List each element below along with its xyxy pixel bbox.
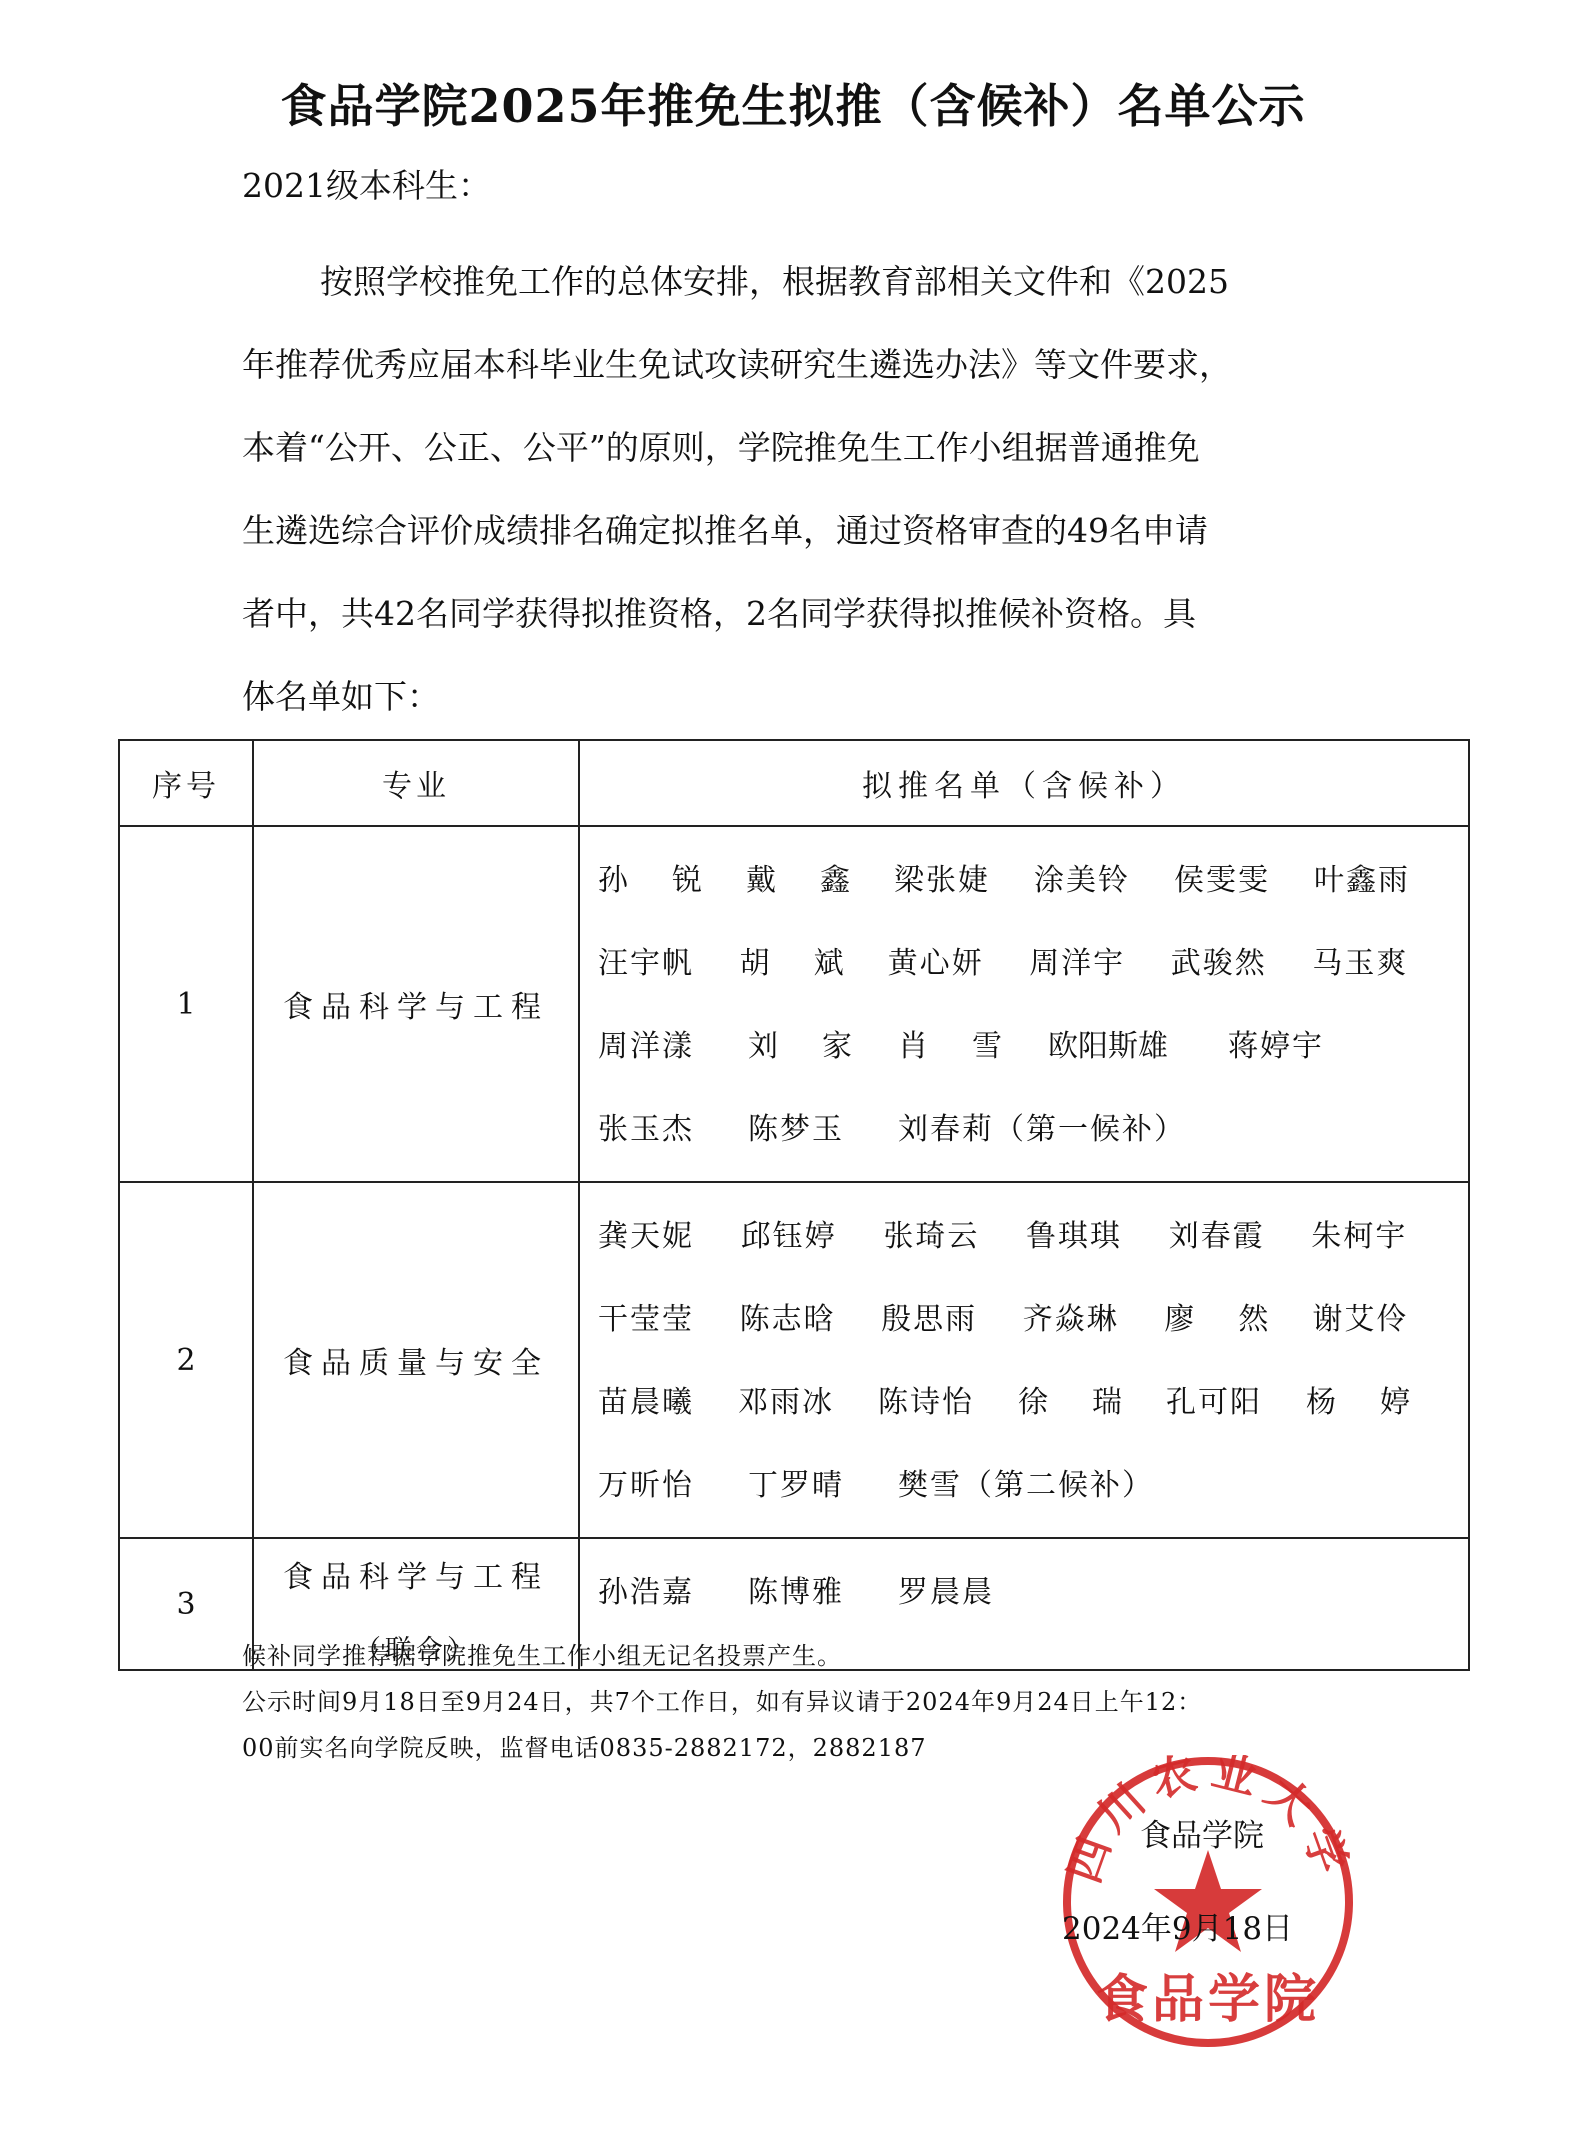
student-name: 谢艾伶 [1312,1294,1454,1338]
student-name: 张琦云 [883,1211,1026,1255]
student-name: 刘家 [748,1021,898,1065]
student-name: 朱柯宇 [1311,1211,1454,1255]
student-name: 侯雯雯 [1174,855,1314,899]
table-header-row: 序号 专业 拟推名单（含候补） [119,740,1469,826]
student-name: 孙浩嘉 [598,1567,748,1611]
paragraph-line: 年推荐优秀应届本科毕业生免试攻读研究生遴选办法》等文件要求， [242,323,1382,406]
student-name: 戴鑫 [746,855,894,899]
row-number: 2 [119,1182,253,1538]
recommendation-table: 序号 专业 拟推名单（含候补） 1 食品科学与工程 孙锐戴鑫梁张婕涂美铃侯雯雯叶… [118,739,1470,1671]
student-name: 周洋漾 [598,1021,748,1065]
student-name: 胡斌 [740,938,888,982]
student-name: 周洋宇 [1029,938,1171,982]
student-name: 马玉爽 [1312,938,1454,982]
paragraph-line: 按照学校推免工作的总体安排，根据教育部相关文件和《2025 [242,240,1382,323]
name-line: 苗晨曦邓雨冰陈诗怡徐瑞孔可阳杨婷 [598,1357,1454,1440]
header-names: 拟推名单（含候补） [579,740,1469,826]
student-name: 徐瑞 [1018,1377,1166,1421]
student-name: 苗晨曦 [598,1377,738,1421]
student-name: 邓雨冰 [738,1377,878,1421]
student-name: 孔可阳 [1166,1377,1306,1421]
student-name: 罗晨晨 [898,1567,1048,1611]
student-name: 干莹莹 [598,1294,740,1338]
student-name: 武骏然 [1171,938,1313,982]
name-line: 孙锐戴鑫梁张婕涂美铃侯雯雯叶鑫雨 [598,835,1454,918]
header-no: 序号 [119,740,253,826]
row-number: 3 [119,1538,253,1670]
footnote-period: 公示时间9月18日至9月24日，共7个工作日，如有异议请于2024年9月24日上… [242,1682,1202,1717]
table-row: 2 食品质量与安全 龚天妮邱钰婷张琦云鲁琪琪刘春霞朱柯宇干莹莹陈志晗殷思雨齐焱琳… [119,1182,1469,1538]
student-name: 叶鑫雨 [1314,855,1454,899]
footnote-alternates: 候补同学推荐据学院推免生工作小组无记名投票产生。 [242,1636,842,1671]
student-name: 陈诗怡 [878,1377,1018,1421]
student-name: 刘春霞 [1169,1211,1312,1255]
row-number: 1 [119,826,253,1182]
name-line: 干莹莹陈志晗殷思雨齐焱琳廖然谢艾伶 [598,1274,1454,1357]
student-name: 陈志晗 [740,1294,882,1338]
student-name: 杨婷 [1306,1377,1454,1421]
svg-text:食品学院: 食品学院 [1096,1970,1320,2030]
row-major: 食品质量与安全 [253,1182,579,1538]
student-name: 陈博雅 [748,1567,898,1611]
row-names: 龚天妮邱钰婷张琦云鲁琪琪刘春霞朱柯宇干莹莹陈志晗殷思雨齐焱琳廖然谢艾伶苗晨曦邓雨… [579,1182,1469,1538]
student-name: 廖然 [1164,1294,1312,1338]
signature-org: 食品学院 [1140,1810,1264,1855]
page-title: 食品学院2025年推免生拟推（含候补）名单公示 [0,70,1586,136]
paragraph-line: 本着“公开、公正、公平”的原则，学院推免生工作小组据普通推免 [242,406,1382,489]
salutation: 2021级本科生： [242,160,491,207]
name-line: 周洋漾刘家肖雪欧阳斯雄蒋婷宇 [598,1001,1454,1084]
name-line: 张玉杰陈梦玉刘春莉（第一候补） [598,1084,1454,1167]
student-name: 鲁琪琪 [1026,1211,1169,1255]
intro-paragraph: 按照学校推免工作的总体安排，根据教育部相关文件和《2025 年推荐优秀应届本科毕… [242,240,1382,738]
student-name: 孙锐 [598,855,746,899]
major-name: 食品质量与安全 [283,1346,549,1381]
student-name: 张玉杰 [598,1104,748,1148]
student-name: 龚天妮 [598,1211,741,1255]
official-seal: 四川农业大学 食品学院 [1058,1755,1358,2049]
name-line: 汪宇帆胡斌黄心妍周洋宇武骏然马玉爽 [598,918,1454,1001]
footnote-contact: 00前实名向学院反映，监督电话0835-2882172，2882187 [242,1728,927,1763]
name-line: 龚天妮邱钰婷张琦云鲁琪琪刘春霞朱柯宇 [598,1191,1454,1274]
signature-date: 2024年9月18日 [1062,1903,1293,1948]
student-name: 殷思雨 [881,1294,1023,1338]
seal-stamp-icon: 四川农业大学 食品学院 [1058,1755,1358,2049]
student-name: 欧阳斯雄 [1048,1021,1228,1065]
student-name: 梁张婕 [894,855,1034,899]
student-name: 肖雪 [898,1021,1048,1065]
paragraph-line: 者中，共42名同学获得拟推资格，2名同学获得拟推候补资格。具 [242,572,1382,655]
student-name: 黄心妍 [888,938,1030,982]
row-names: 孙锐戴鑫梁张婕涂美铃侯雯雯叶鑫雨汪宇帆胡斌黄心妍周洋宇武骏然马玉爽周洋漾刘家肖雪… [579,826,1469,1182]
major-name: 食品科学与工程 [283,990,549,1025]
major-name: 食品科学与工程 [283,1560,549,1595]
student-name: 涂美铃 [1034,855,1174,899]
student-name: 万昕怡 [598,1460,748,1504]
table-row: 1 食品科学与工程 孙锐戴鑫梁张婕涂美铃侯雯雯叶鑫雨汪宇帆胡斌黄心妍周洋宇武骏然… [119,826,1469,1182]
student-name: 汪宇帆 [598,938,740,982]
row-major: 食品科学与工程 [253,826,579,1182]
name-line: 万昕怡丁罗晴樊雪（第二候补） [598,1440,1454,1523]
name-line: 孙浩嘉陈博雅罗晨晨 [598,1547,1454,1630]
student-name: 丁罗晴 [748,1460,898,1504]
student-name: 邱钰婷 [741,1211,884,1255]
student-name: 刘春莉（第一候补） [898,1104,1186,1148]
paragraph-line: 生遴选综合评价成绩排名确定拟推名单，通过资格审查的49名申请 [242,489,1382,572]
header-major: 专业 [253,740,579,826]
student-name: 樊雪（第二候补） [898,1460,1154,1504]
student-name: 蒋婷宇 [1228,1021,1378,1065]
student-name: 齐焱琳 [1023,1294,1165,1338]
student-name: 陈梦玉 [748,1104,898,1148]
paragraph-line: 体名单如下： [242,655,1382,738]
